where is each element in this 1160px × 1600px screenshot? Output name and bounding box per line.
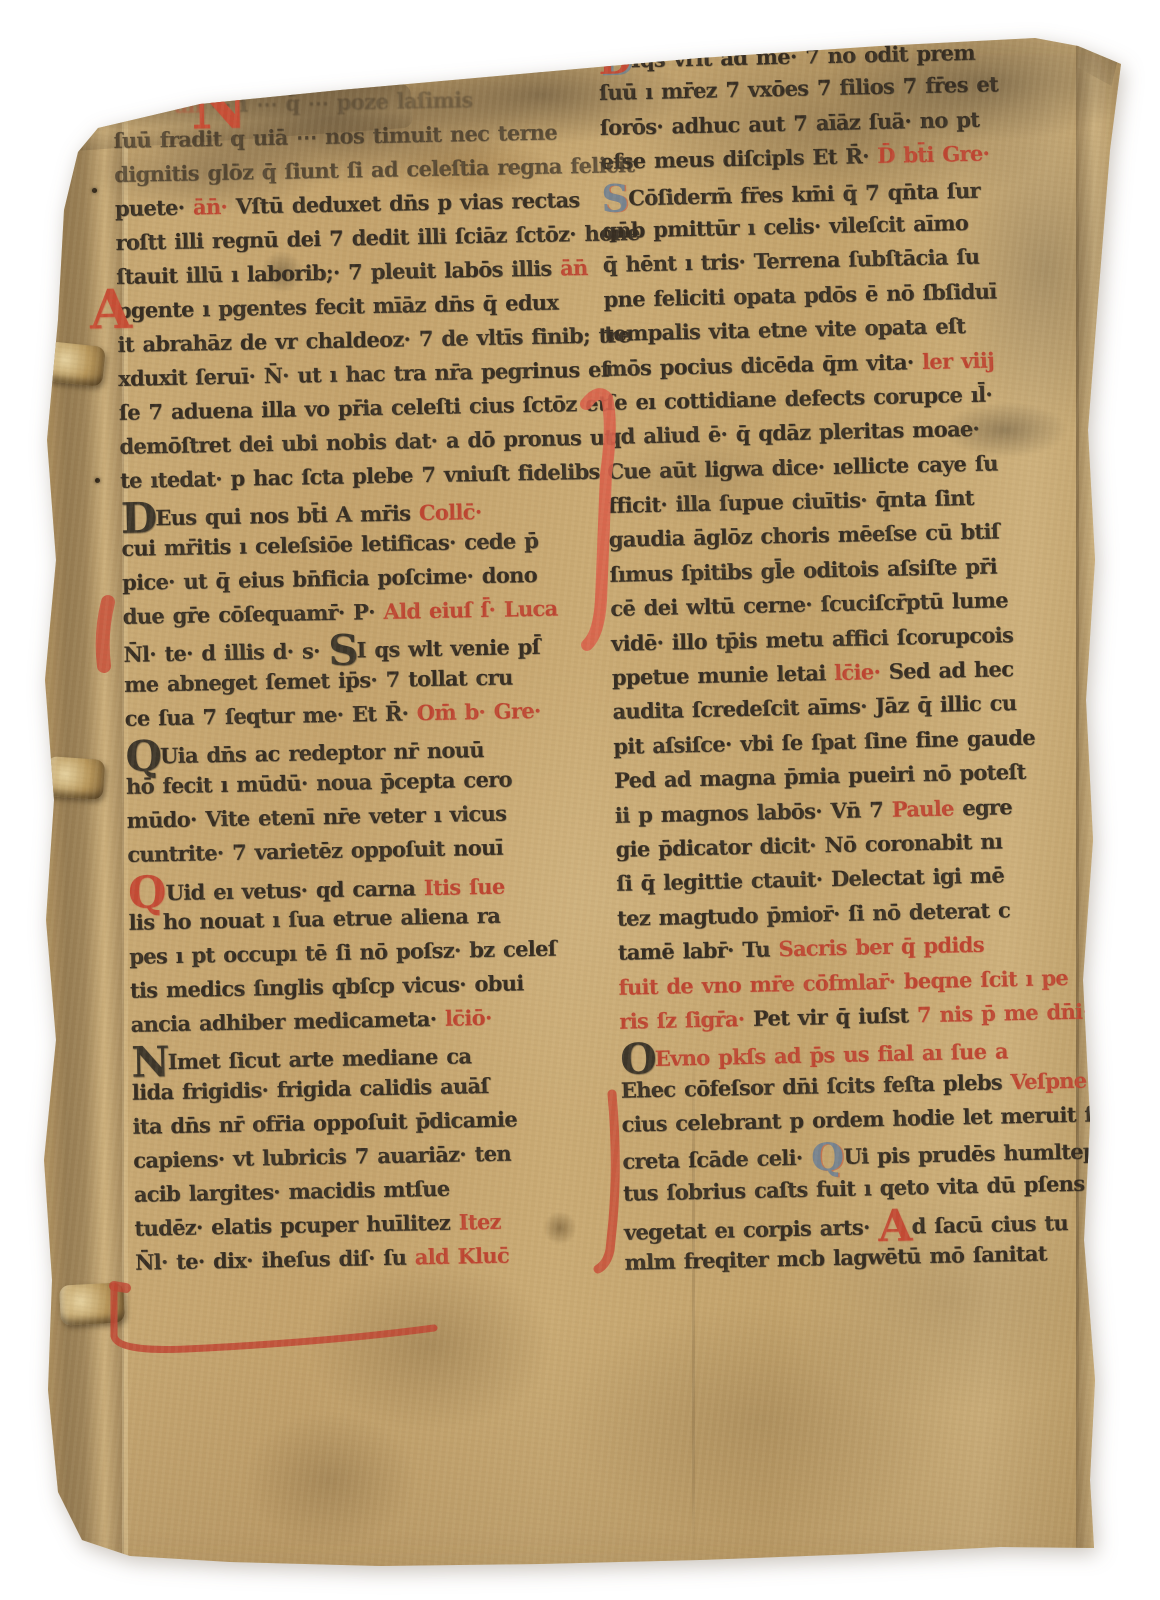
leaf-shadow: et ſuil̄ta ⋯ lam ⋯ ut ı lacet ⋯ te ſermv… [0,0,1160,1600]
manuscript-leaf: et ſuil̄ta ⋯ lam ⋯ ut ı lacet ⋯ te ſermv… [0,0,1160,1600]
edge-vignette [0,0,1160,1600]
photo-of-manuscript: et ſuil̄ta ⋯ lam ⋯ ut ı lacet ⋯ te ſermv… [0,0,1160,1600]
wormhole [76,88,83,95]
wormhole [34,1230,39,1235]
wormhole [58,140,65,147]
wormhole [100,72,107,79]
